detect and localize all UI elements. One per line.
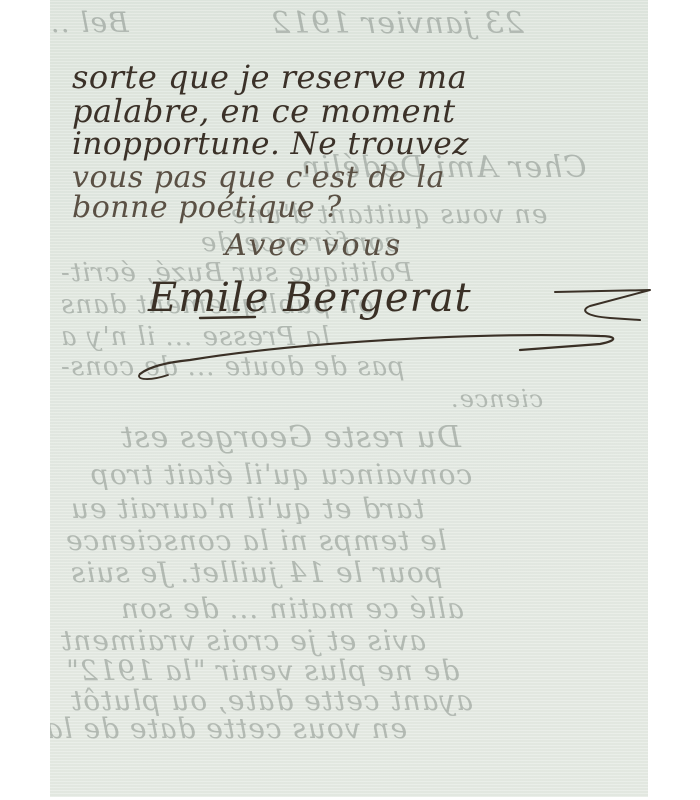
bleed-line: Du reste Georges est <box>120 420 461 455</box>
bleed-line: de ne plus venir "la 1912" <box>65 654 459 687</box>
letter-line-2: palabre, en ce moment <box>72 92 456 130</box>
bleed-line: pour le 14 juillet. Je suis <box>70 556 443 589</box>
letter-paper: 23 janvier 1912 Bel ... Cher Ami Dedélin… <box>50 0 648 797</box>
bleed-line: avis et je crois vraiment <box>60 624 426 657</box>
bleed-line: tard et qu'il n'aurait eu <box>70 492 425 525</box>
letter-closing: Avec vous <box>225 228 403 263</box>
bleed-line: pas de doute ... de cons- <box>60 352 405 382</box>
bleed-line: convaincu qu'il était trop <box>90 458 472 491</box>
bleed-line: le temps ni la conscience <box>65 524 447 557</box>
page: 23 janvier 1912 Bel ... Cher Ami Dedélin… <box>0 0 700 800</box>
bleed-corner-word: Bel ... <box>50 6 129 39</box>
bleed-line: en vous cette date de la <box>50 712 407 745</box>
bleed-date: 23 janvier 1912 <box>270 6 524 41</box>
letter-line-1: sorte que je reserve ma <box>72 58 467 96</box>
bleed-line: allé ce matin ... de son <box>120 592 464 625</box>
signature: Emile Bergerat <box>148 275 472 321</box>
bleed-line: la Presse ... il n'y a <box>60 322 330 352</box>
letter-line-5: bonne poétique ? <box>72 190 342 225</box>
bleed-line: cience. <box>450 385 543 413</box>
letter-line-3: inopportune. Ne trouvez <box>72 126 469 162</box>
